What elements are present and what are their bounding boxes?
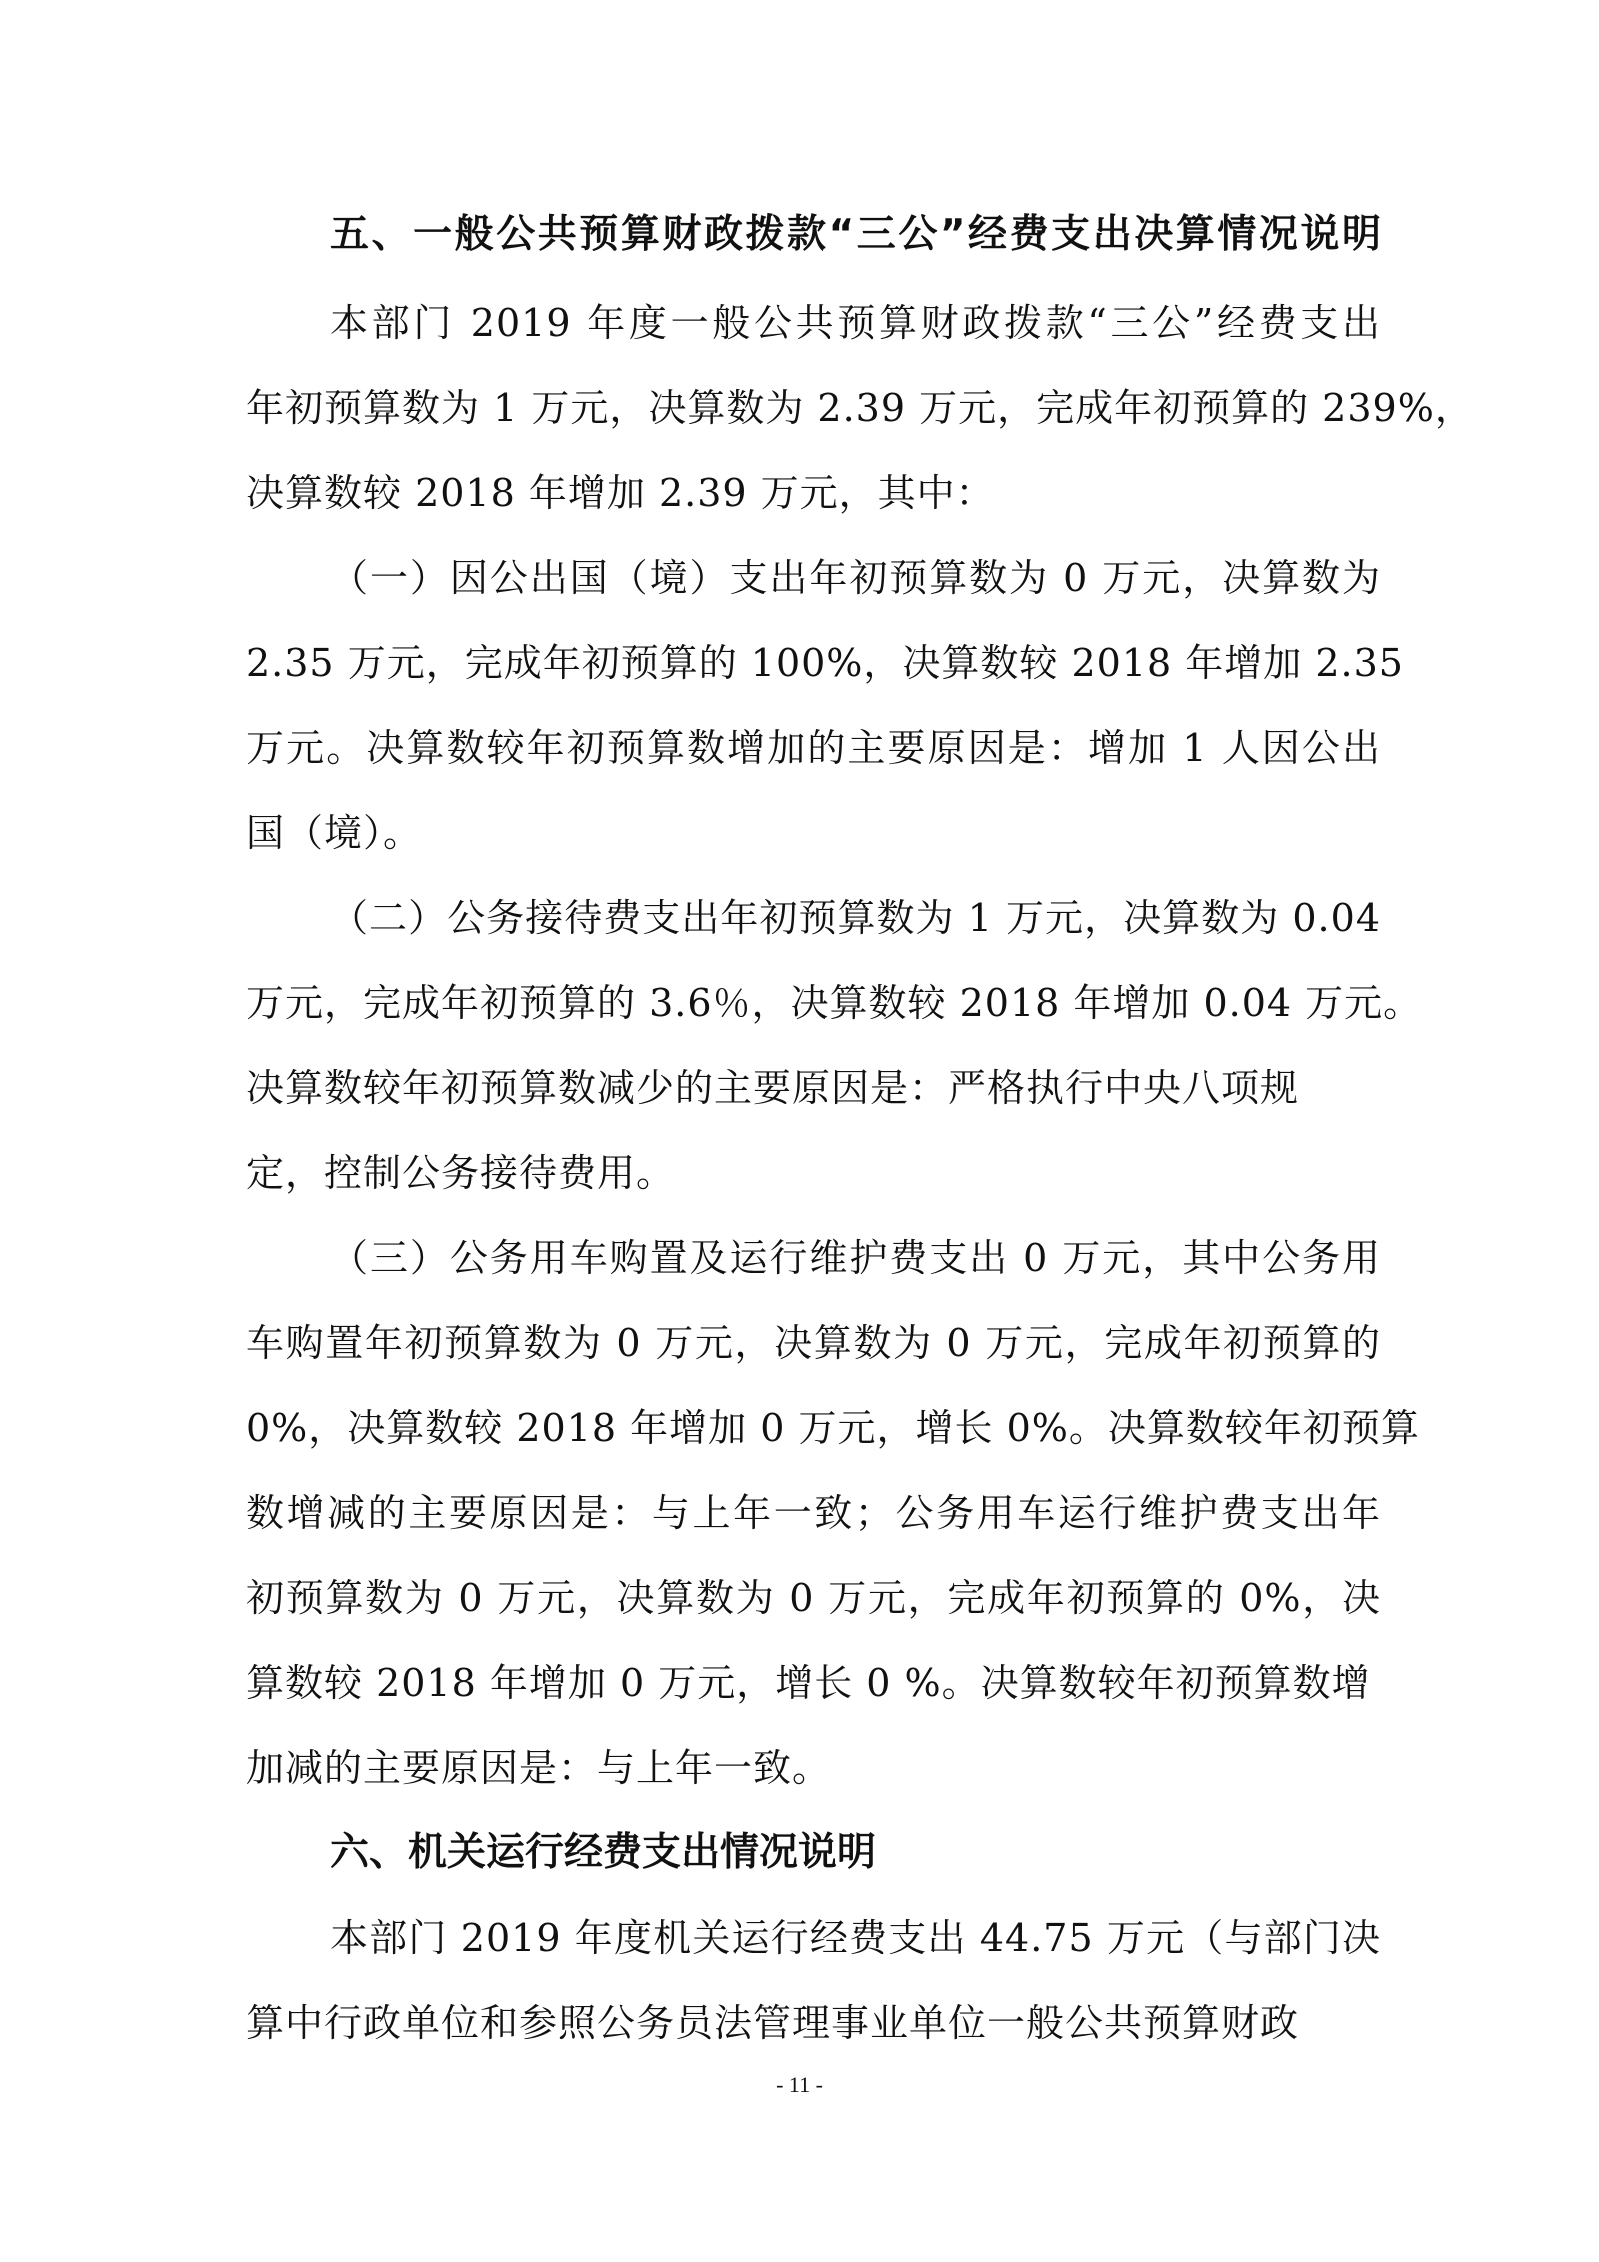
- paragraph-line: 万元，完成年初预算的 3.6％，决算数较 2018 年增加 0.04 万元。: [246, 978, 1381, 1028]
- paragraph-line: 2.35 万元，完成年初预算的 100%，决算数较 2018 年增加 2.35: [246, 638, 1381, 688]
- paragraph-line: 国（境）。: [246, 808, 1381, 858]
- paragraph-line: 算数较 2018 年增加 0 万元，增长 0 %。决算数较年初预算数增: [246, 1658, 1356, 1708]
- paragraph-line: 初预算数为 0 万元，决算数为 0 万元，完成年初预算的 0%，决: [246, 1573, 1381, 1623]
- paragraph-line: 定，控制公务接待费用。: [246, 1148, 1381, 1198]
- section-heading-six: 六、机关运行经费支出情况说明: [330, 1828, 1381, 1878]
- paragraph-line: 本部门 2019 年度机关运行经费支出 44.75 万元（与部门决: [330, 1913, 1381, 1963]
- page-number: - 11 -: [0, 2072, 1599, 2098]
- paragraph-line: 数增减的主要原因是：与上年一致；公务用车运行维护费支出年: [246, 1488, 1381, 1538]
- paragraph-line: （一）因公出国（境）支出年初预算数为 0 万元，决算数为: [330, 553, 1381, 603]
- paragraph-line: （三）公务用车购置及运行维护费支出 0 万元，其中公务用: [330, 1233, 1381, 1283]
- paragraph-line: 决算数较年初预算数减少的主要原因是：严格执行中央八项规: [246, 1063, 1366, 1113]
- paragraph-line: 万元。决算数较年初预算数增加的主要原因是：增加 1 人因公出: [246, 723, 1381, 773]
- paragraph-line: 0%，决算数较 2018 年增加 0 万元，增长 0%。决算数较年初预算: [246, 1403, 1381, 1453]
- paragraph-line: 加减的主要原因是：与上年一致。: [246, 1743, 1381, 1793]
- paragraph-line: 本部门 2019 年度一般公共预算财政拨款“三公”经费支出: [330, 298, 1381, 348]
- paragraph-line: 车购置年初预算数为 0 万元，决算数为 0 万元，完成年初预算的: [246, 1318, 1381, 1368]
- section-heading-five: 五、一般公共预算财政拨款“三公”经费支出决算情况说明: [330, 210, 1381, 260]
- paragraph-line: 算中行政单位和参照公务员法管理事业单位一般公共预算财政: [246, 1998, 1356, 2048]
- paragraph-line: 决算数较 2018 年增加 2.39 万元，其中：: [246, 468, 1381, 518]
- paragraph-line: （二）公务接待费支出年初预算数为 1 万元，决算数为 0.04: [330, 893, 1381, 943]
- paragraph-line: 年初预算数为 1 万元，决算数为 2.39 万元，完成年初预算的 239%，: [246, 383, 1381, 433]
